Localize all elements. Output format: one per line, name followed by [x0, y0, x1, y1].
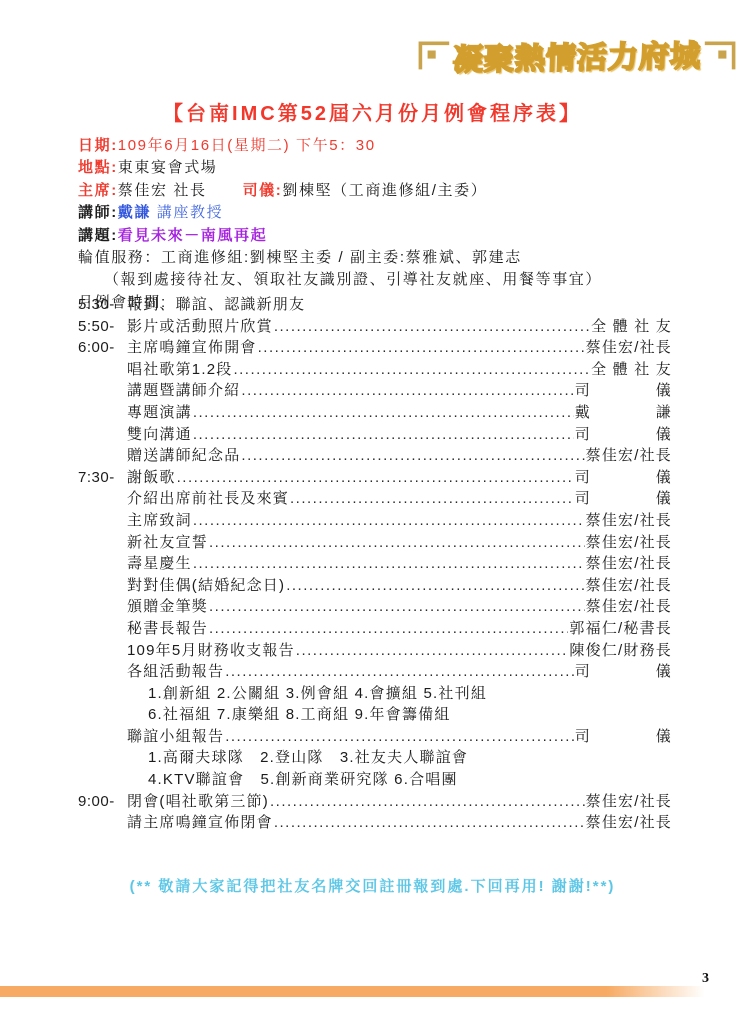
- schedule-row: 專題演講戴 謙: [78, 402, 672, 424]
- schedule-assignee: 郭福仁/秘書長: [569, 618, 672, 640]
- schedule-time: 6:00-: [78, 337, 127, 359]
- schedule-assignee: 司 儀: [575, 467, 672, 489]
- schedule-item: 對對佳偶(結婚紀念日): [127, 575, 285, 597]
- schedule-assignee: 陳俊仁/財務長: [569, 640, 672, 662]
- schedule-row: 109年5月財務收支報告陳俊仁/財務長: [78, 640, 672, 662]
- schedule-assignee: 司 儀: [575, 424, 672, 446]
- dot-leader: [193, 424, 574, 446]
- dot-leader: [241, 380, 573, 402]
- dot-leader: [193, 510, 585, 532]
- schedule-row: 各組活動報告司 儀: [78, 661, 672, 683]
- date-label: 日期:: [78, 137, 118, 154]
- schedule-sub-row: 1.高爾夫球隊 2.登山隊 3.社友夫人聯誼會: [78, 747, 672, 769]
- schedule-item: 影片或活動照片欣賞: [127, 316, 273, 338]
- schedule-item: 報到、聯誼、認識新朋友: [127, 294, 305, 316]
- topic-line: 講題:看見未來－南風再起: [78, 225, 602, 247]
- schedule-item: 雙向溝通: [127, 424, 192, 446]
- schedule-assignee: 蔡佳宏/社長: [586, 596, 672, 618]
- dot-leader: [177, 467, 574, 489]
- dot-leader: [274, 316, 590, 338]
- dot-leader: [258, 337, 585, 359]
- schedule-item: 主席致詞: [127, 510, 192, 532]
- schedule-row: 講題暨講師介紹司 儀: [78, 380, 672, 402]
- dot-leader: [233, 359, 590, 381]
- schedule-assignee: 蔡佳宏/社長: [586, 553, 672, 575]
- dot-leader: [225, 661, 574, 683]
- schedule-row: 聯誼小組報告司 儀: [78, 726, 672, 748]
- location-line: 地點:東東宴會式場: [78, 157, 602, 179]
- lecturer-title: 講座教授: [151, 204, 223, 221]
- schedule-assignee: 蔡佳宏/社長: [586, 532, 672, 554]
- duty-line: 輪值服務：工商進修組:劉棟堅主委 / 副主委:蔡雅斌、郭建志: [78, 247, 602, 269]
- chair-mc-line: 主席:蔡佳宏 社長司儀:劉棟堅（工商進修組/主委）: [78, 180, 602, 202]
- schedule-assignee: 蔡佳宏/社長: [586, 791, 672, 813]
- dot-leader: [209, 532, 585, 554]
- schedule-item: 壽星慶生: [127, 553, 192, 575]
- schedule-assignee: 蔡佳宏/社長: [586, 510, 672, 532]
- schedule-row: 唱社歌第1.2段全 體 社 友: [78, 359, 672, 381]
- dot-leader: [286, 575, 584, 597]
- schedule-time: 7:30-: [78, 467, 127, 489]
- schedule-assignee: 司 儀: [575, 380, 672, 402]
- location-value: 東東宴會式場: [118, 159, 218, 176]
- schedule-assignee: 司 儀: [575, 726, 672, 748]
- schedule-row: 秘書長報告郭福仁/秘書長: [78, 618, 672, 640]
- page-title: 【台南IMC第52屆六月份月例會程序表】: [0, 97, 745, 126]
- schedule-item: 聯誼小組報告: [127, 726, 224, 748]
- lecturer-name: 戴謙: [118, 204, 151, 221]
- schedule-row: 介紹出席前社長及來賓司 儀: [78, 488, 672, 510]
- schedule-item: 唱社歌第1.2段: [127, 359, 232, 381]
- lecturer-label: 講師:: [78, 204, 118, 221]
- club-slogan-logo: 凝聚熱情活力府城: [415, 33, 739, 77]
- schedule-assignee: 戴 謙: [575, 402, 672, 424]
- schedule-row: 6:00-主席鳴鐘宣佈開會蔡佳宏/社長: [78, 337, 672, 359]
- page-number: 3: [702, 971, 709, 987]
- schedule-item: 主席鳴鐘宣佈開會: [127, 337, 257, 359]
- meeting-info: 日期:109年6月16日(星期二) 下午5：30 地點:東東宴會式場 主席:蔡佳…: [78, 135, 602, 314]
- schedule-row: 雙向溝通司 儀: [78, 424, 672, 446]
- schedule-row: 主席致詞蔡佳宏/社長: [78, 510, 672, 532]
- date-value: 109年6月16日(星期二) 下午5：30: [118, 137, 376, 154]
- schedule-sub-row: 4.KTV聯誼會 5.創新商業研究隊 6.合唱團: [78, 769, 672, 791]
- schedule-row: 頒贈金筆獎蔡佳宏/社長: [78, 596, 672, 618]
- dot-leader: [209, 596, 585, 618]
- location-label: 地點:: [78, 159, 118, 176]
- logo-bracket-right-icon: [703, 35, 739, 75]
- schedule-assignee: 司 儀: [575, 488, 672, 510]
- schedule-item: 109年5月財務收支報告: [127, 640, 295, 662]
- schedule-item: 講題暨講師介紹: [127, 380, 240, 402]
- schedule-sub-row: 1.創新組 2.公關組 3.例會組 4.會擴組 5.社刊組: [78, 683, 672, 705]
- schedule-assignee: 蔡佳宏/社長: [586, 812, 672, 834]
- dot-leader: [193, 402, 574, 424]
- date-line: 日期:109年6月16日(星期二) 下午5：30: [78, 135, 602, 157]
- mc-label: 司儀:: [243, 182, 283, 199]
- chair-value: 蔡佳宏 社長: [118, 182, 207, 199]
- schedule-item: 秘書長報告: [127, 618, 208, 640]
- dot-leader: [274, 812, 585, 834]
- schedule-item: 介紹出席前社長及來賓: [127, 488, 289, 510]
- schedule-row: 新社友宣誓蔡佳宏/社長: [78, 532, 672, 554]
- badge-return-note: (** 敬請大家記得把社友名牌交回註冊報到處.下回再用! 謝謝!**): [0, 875, 745, 896]
- schedule-item: 各組活動報告: [127, 661, 224, 683]
- schedule-row: 9:00-閉會(唱社歌第三節)蔡佳宏/社長: [78, 791, 672, 813]
- program-page: 凝聚熱情活力府城 【台南IMC第52屆六月份月例會程序表】 日期:109年6月1…: [0, 0, 745, 1024]
- dot-leader: [209, 618, 568, 640]
- logo-bracket-left-icon: [415, 35, 451, 75]
- schedule-assignee: 蔡佳宏/社長: [586, 575, 672, 597]
- schedule-row: 請主席鳴鐘宣佈閉會蔡佳宏/社長: [78, 812, 672, 834]
- schedule-item: 閉會(唱社歌第三節): [127, 791, 269, 813]
- topic-value: 看見未來－南風再起: [118, 227, 267, 244]
- schedule-time: 9:00-: [78, 791, 127, 813]
- dot-leader: [270, 791, 585, 813]
- schedule-assignee: 蔡佳宏/社長: [586, 445, 672, 467]
- schedule-item: 新社友宣誓: [127, 532, 208, 554]
- schedule-item: 頒贈金筆獎: [127, 596, 208, 618]
- schedule-list: 5:30-報到、聯誼、認識新朋友 5:50-影片或活動照片欣賞全 體 社 友 6…: [78, 294, 672, 834]
- schedule-time: 5:50-: [78, 316, 127, 338]
- schedule-assignee: 蔡佳宏/社長: [586, 337, 672, 359]
- schedule-row: 5:30-報到、聯誼、認識新朋友: [78, 294, 672, 316]
- schedule-row: 贈送講師紀念品蔡佳宏/社長: [78, 445, 672, 467]
- dot-leader: [225, 726, 574, 748]
- chair-label: 主席:: [78, 182, 118, 199]
- schedule-item: 專題演講: [127, 402, 192, 424]
- schedule-assignee: 全 體 社 友: [591, 359, 672, 381]
- lecturer-line: 講師:戴謙 講座教授: [78, 202, 602, 224]
- schedule-row: 對對佳偶(結婚紀念日)蔡佳宏/社長: [78, 575, 672, 597]
- duty-note: （報到處接待社友、領取社友識別證、引導社友就座、用餐等事宜）: [78, 269, 602, 291]
- schedule-item: 謝飯歌: [127, 467, 176, 489]
- schedule-assignee: 全 體 社 友: [591, 316, 672, 338]
- schedule-time: 5:30-: [78, 294, 127, 316]
- topic-label: 講題:: [78, 227, 118, 244]
- schedule-item: 贈送講師紀念品: [127, 445, 240, 467]
- schedule-row: 7:30-謝飯歌司 儀: [78, 467, 672, 489]
- club-slogan-text: 凝聚熱情活力府城: [452, 31, 702, 79]
- footer-bar: [0, 986, 705, 997]
- schedule-assignee: 司 儀: [575, 661, 672, 683]
- dot-leader: [193, 553, 585, 575]
- dot-leader: [290, 488, 574, 510]
- dot-leader: [296, 640, 569, 662]
- mc-value: 劉棟堅（工商進修組/主委）: [282, 182, 487, 199]
- dot-leader: [241, 445, 584, 467]
- schedule-item: 請主席鳴鐘宣佈閉會: [127, 812, 273, 834]
- schedule-sub-row: 6.社福組 7.康樂組 8.工商組 9.年會籌備組: [78, 704, 672, 726]
- schedule-row: 壽星慶生蔡佳宏/社長: [78, 553, 672, 575]
- schedule-row: 5:50-影片或活動照片欣賞全 體 社 友: [78, 316, 672, 338]
